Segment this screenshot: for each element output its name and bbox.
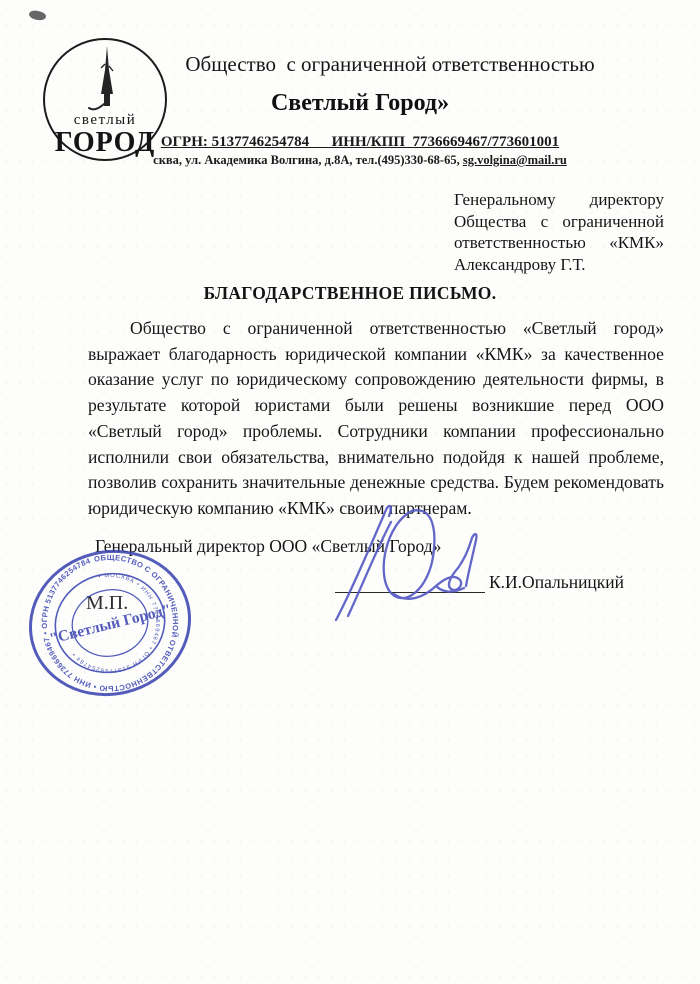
company-stamp: ОБЩЕСТВО С ОГРАНИЧЕННОЙ ОТВЕТСТВЕННОСТЬЮ…	[24, 547, 196, 699]
recipient-line: Александрову Г.Т.	[454, 254, 664, 276]
registration-line: ОГРН: 5137746254784 ИНН/КПП 7736669467/7…	[110, 134, 610, 151]
logo-tower-icon	[75, 44, 139, 118]
recipient-block: Генеральному директору Общества с ограни…	[454, 189, 664, 275]
signature-line	[335, 575, 485, 593]
signatory-name: К.И.Опальницкий	[485, 572, 624, 593]
recipient-line: ответственностью «КМК»	[454, 232, 664, 254]
scan-smudge	[28, 9, 47, 22]
letter-body: Общество с ограниченной ответственностью…	[88, 316, 664, 522]
letter-title: БЛАГОДАРСТВЕННОЕ ПИСЬМО.	[0, 283, 700, 304]
org-name-line: Светлый Город»	[140, 90, 580, 117]
org-type-line: Общество с ограниченной ответственностью	[160, 52, 620, 77]
recipient-line: Общества с ограниченной	[454, 211, 664, 233]
address-line: сква, ул. Академика Волгина, д.8А, тел.(…	[100, 153, 620, 168]
recipient-line: Генеральному директору	[454, 189, 664, 211]
address-text: сква, ул. Академика Волгина, д.8А, тел.(…	[153, 153, 463, 167]
letter-page: светлый ГОРОД Общество с ограниченной от…	[0, 0, 700, 984]
signature-row: К.И.Опальницкий	[335, 572, 624, 593]
email-link[interactable]: sg.volgina@mail.ru	[463, 153, 567, 167]
